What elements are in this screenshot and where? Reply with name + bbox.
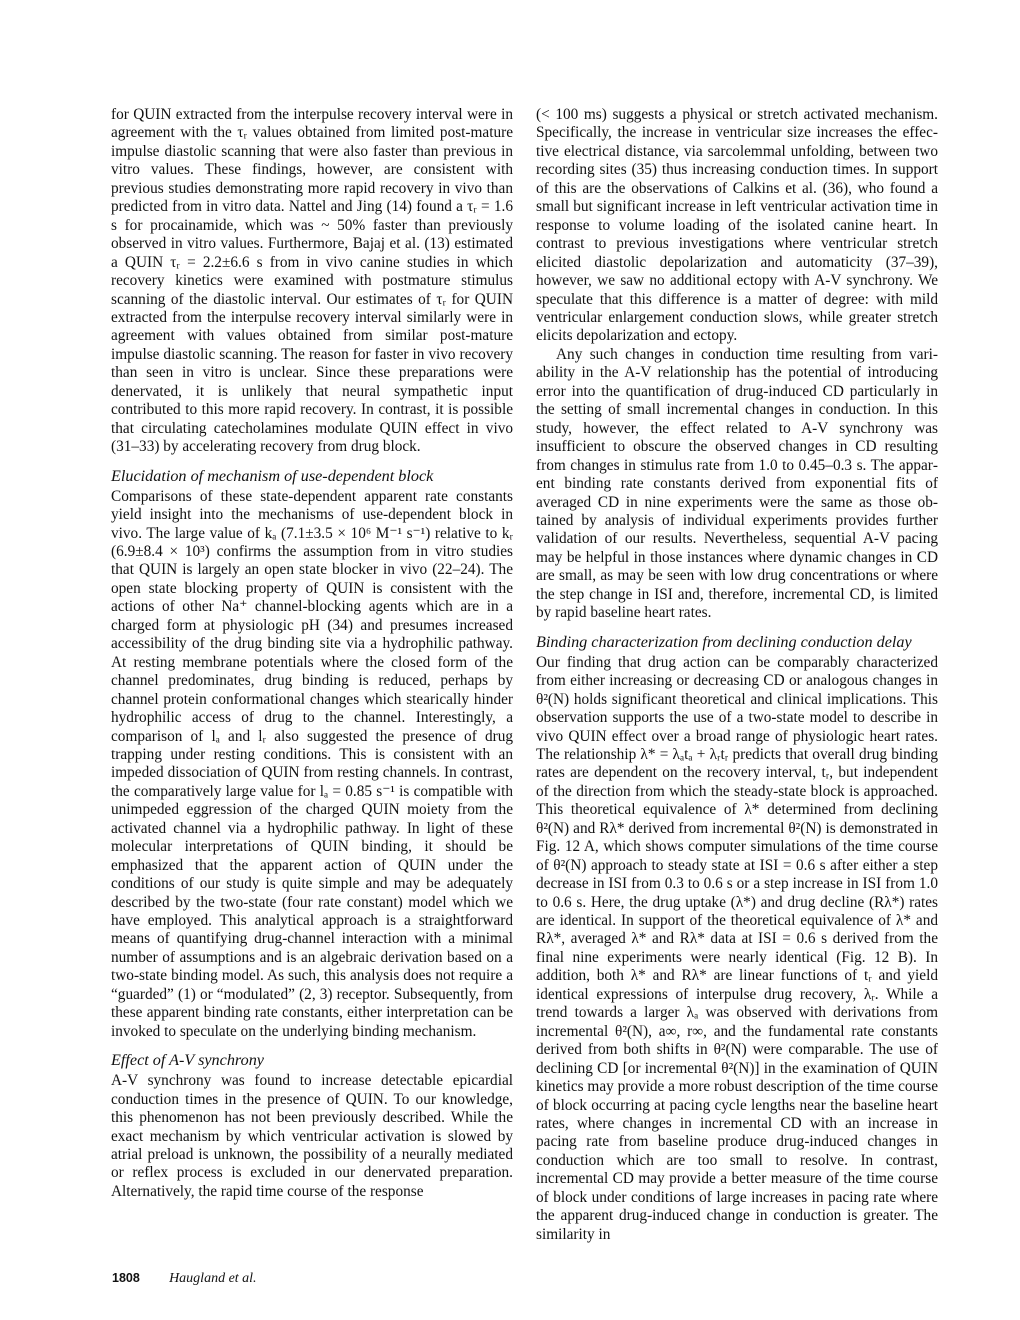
paragraph-use-dependent-block: Comparisons of these state-dependent app… bbox=[111, 488, 513, 1042]
left-column: for QUIN extracted from the interpulse r… bbox=[111, 106, 513, 1201]
right-column: (< 100 ms) suggests a physical or stretc… bbox=[536, 106, 938, 1244]
paragraph-declining-conduction: Our finding that drug action can be comp… bbox=[536, 654, 938, 1245]
paragraph-recovery-kinetics: for QUIN extracted from the interpulse r… bbox=[111, 106, 513, 457]
running-head: Haugland et al. bbox=[169, 1271, 257, 1286]
paragraph-conduction-variability: Any such changes in conduction time resu… bbox=[536, 346, 938, 623]
page-footer: 1808 Haugland et al. bbox=[112, 1270, 257, 1287]
paragraph-av-synchrony: A-V synchrony was found to increase dete… bbox=[111, 1072, 513, 1201]
page-number: 1808 bbox=[112, 1271, 140, 1285]
section-heading-declining-conduction: Binding characterization from declining … bbox=[536, 633, 938, 652]
paragraph-stretch-mechanism: (< 100 ms) suggests a physical or stretc… bbox=[536, 106, 938, 346]
section-heading-av-synchrony: Effect of A-V synchrony bbox=[111, 1051, 513, 1070]
section-heading-use-dependent-block: Elucidation of mechanism of use-dependen… bbox=[111, 467, 513, 486]
